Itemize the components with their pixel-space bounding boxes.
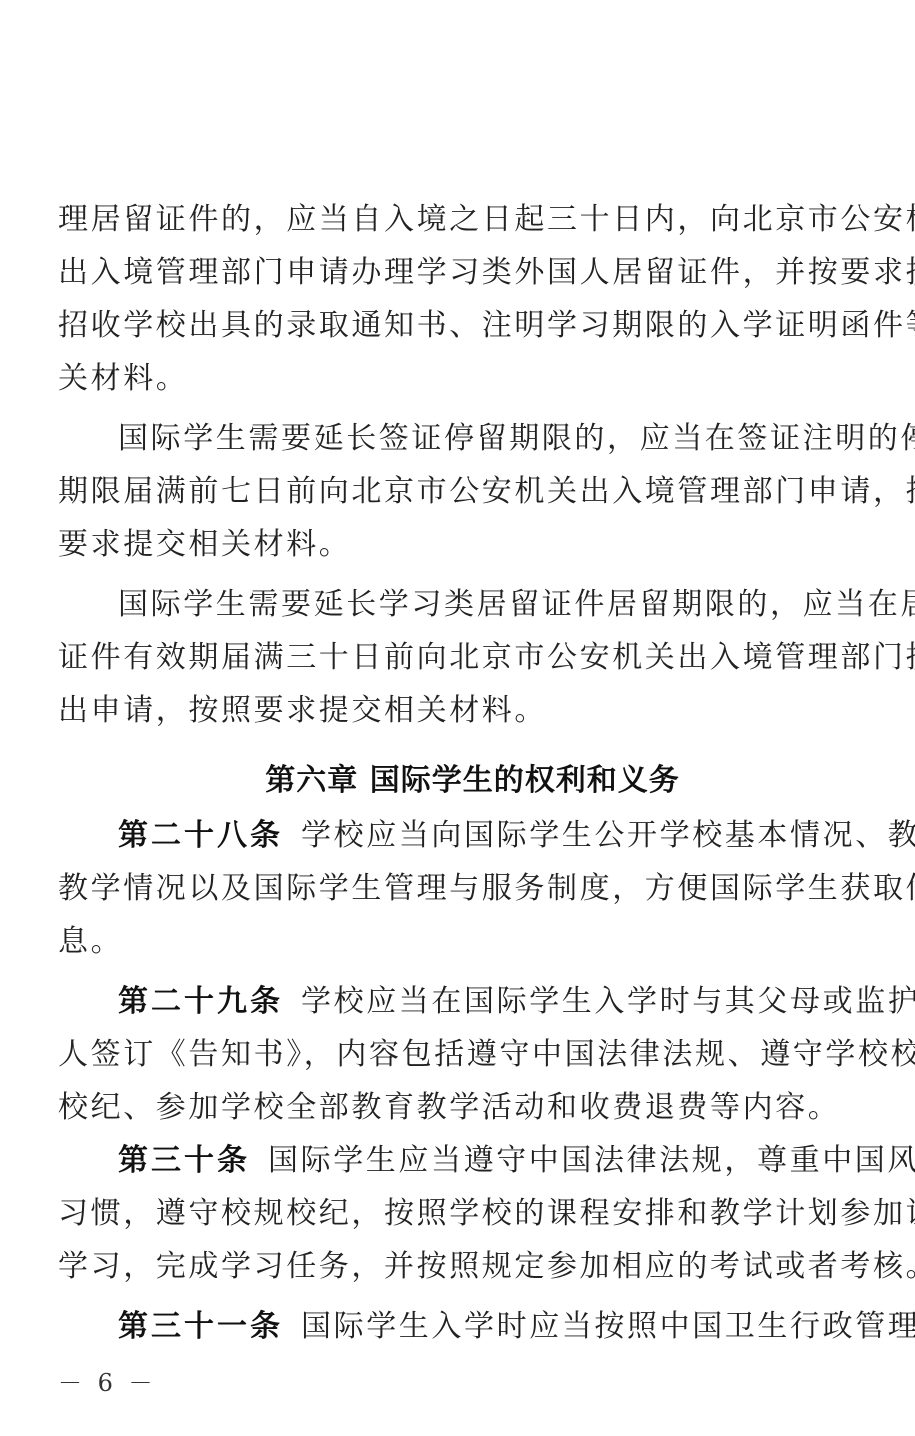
article-first-line: 第二十八条学校应当向国际学生公开学校基本情况、教育 [118,816,858,856]
chapter-heading: 第六章 国际学生的权利和义务 [0,760,915,802]
article-label: 第三十一条 [118,1309,283,1344]
text-line: 息。 [58,922,858,962]
text-line: 期限届满前七日前向北京市公安机关出入境管理部门申请，按照 [58,472,858,512]
text-line: 要求提交相关材料。 [58,525,858,565]
text-line: 出入境管理部门申请办理学习类外国人居留证件，并按要求提交 [58,253,858,293]
text-line: 出申请，按照要求提交相关材料。 [58,691,858,731]
article-label: 第二十九条 [118,984,283,1019]
text-line: 校纪、参加学校全部教育教学活动和收费退费等内容。 [58,1088,858,1128]
article-text: 学校应当向国际学生公开学校基本情况、教育 [301,818,915,853]
article-label: 第三十条 [118,1143,250,1178]
text-line: 国际学生需要延长签证停留期限的，应当在签证注明的停留 [118,419,858,459]
text-line: 学习，完成学习任务，并按照规定参加相应的考试或者考核。 [58,1247,858,1287]
text-line: 习惯，遵守校规校纪，按照学校的课程安排和教学计划参加课程 [58,1194,858,1234]
page-number: － 6 － [58,1368,157,1398]
article-text: 国际学生应当遵守中国法律法规，尊重中国风俗 [268,1143,915,1178]
text-line: 理居留证件的，应当自入境之日起三十日内，向北京市公安机关 [58,200,858,240]
text-line: 关材料。 [58,359,858,399]
text-line: 教学情况以及国际学生管理与服务制度，方便国际学生获取信 [58,869,858,909]
text-line: 证件有效期届满三十日前向北京市公安机关出入境管理部门提 [58,638,858,678]
text-line: 人签订《告知书》，内容包括遵守中国法律法规、遵守学校校规 [58,1035,858,1075]
article-first-line: 第三十一条国际学生入学时应当按照中国卫生行政管理 [118,1307,858,1347]
article-first-line: 第二十九条学校应当在国际学生入学时与其父母或监护 [118,982,858,1022]
text-line: 国际学生需要延长学习类居留证件居留期限的，应当在居留 [118,585,858,625]
article-text: 学校应当在国际学生入学时与其父母或监护 [301,984,915,1019]
article-text: 国际学生入学时应当按照中国卫生行政管理 [301,1309,915,1344]
document-page: 理居留证件的，应当自入境之日起三十日内，向北京市公安机关 出入境管理部门申请办理… [0,0,915,1436]
article-first-line: 第三十条国际学生应当遵守中国法律法规，尊重中国风俗 [118,1141,858,1181]
text-line: 招收学校出具的录取通知书、注明学习期限的入学证明函件等相 [58,306,858,346]
article-label: 第二十八条 [118,818,283,853]
